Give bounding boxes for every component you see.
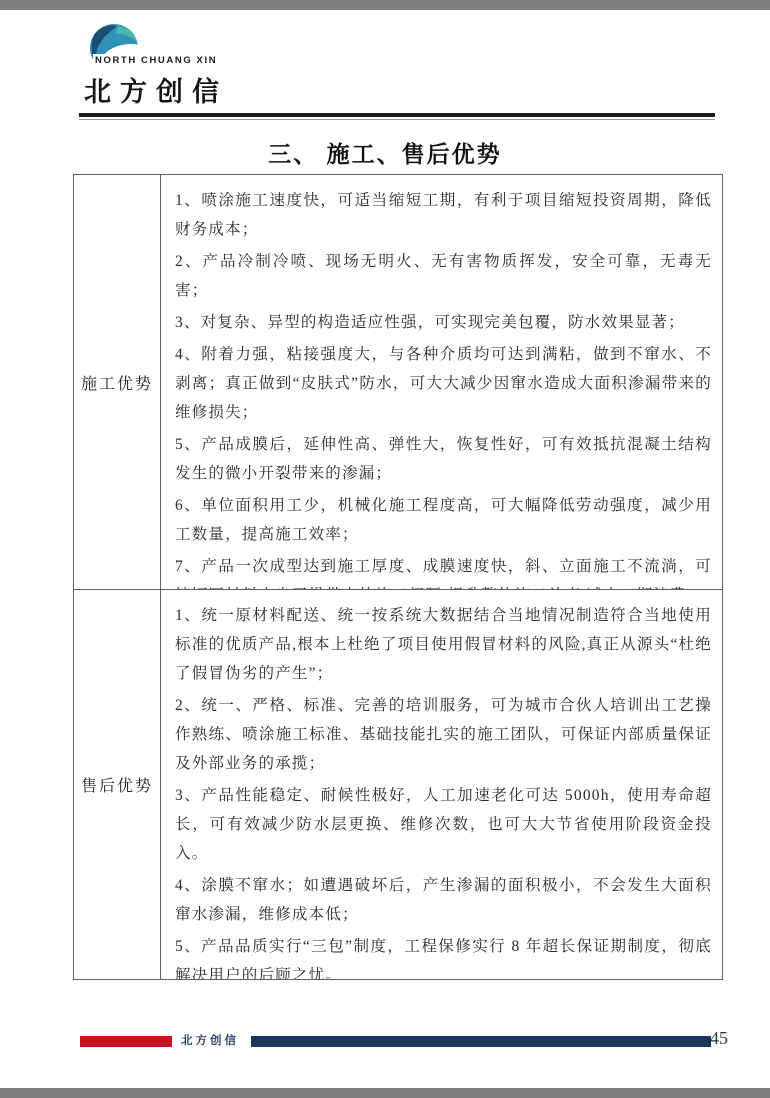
advantage-item: 1、统一原材料配送、统一按系统大数据结合当地情况制造符合当地使用标准的优质产品,… [175,601,712,688]
advantage-item: 4、附着力强，粘接强度大，与各种介质均可达到满粘，做到不窜水、不剥离；真正做到“… [175,340,712,427]
logo-chinese-text: 北方创信 [84,70,228,109]
advantage-item: 5、产品品质实行“三包”制度，工程保修实行 8 年超长保证期制度，彻底解决用户的… [175,932,712,979]
row-label: 售后优势 [74,590,161,979]
header-divider-thick [79,113,715,117]
row-label: 施工优势 [74,175,161,589]
advantage-item: 2、产品冷制冷喷、现场无明火、无有害物质挥发，安全可靠，无毒无害； [175,247,712,305]
row-content: 1、喷涂施工速度快，可适当缩短工期，有利于项目缩短投资周期，降低财务成本；2、产… [161,175,722,589]
footer-red-bar [80,1036,172,1047]
document-page-viewer: { "header": { "logo_en": "NORTH CHUANG X… [0,0,770,1098]
advantage-item: 2、统一、严格、标准、完善的培训服务，可为城市合伙人培训出工艺操作熟练、喷涂施工… [175,691,712,778]
page-title: 三、 施工、售后优势 [0,136,770,169]
advantage-item: 4、涂膜不窜水；如遭遇破坏后，产生渗漏的面积极小，不会发生大面积窜水渗漏，维修成… [175,871,712,929]
advantage-item: 1、喷涂施工速度快，可适当缩短工期，有利于项目缩短投资周期，降低财务成本； [175,186,712,244]
advantage-item: 7、产品一次成型达到施工厚度、成膜速度快，斜、立面施工不流淌，可缩短因材料本身干… [175,552,712,589]
header-divider-thin [79,119,715,120]
logo-english-text: NORTH CHUANG XIN [93,54,219,67]
advantages-table: 施工优势1、喷涂施工速度快，可适当缩短工期，有利于项目缩短投资周期，降低财务成本… [73,174,723,980]
header: NORTH CHUANG XIN 北方创信 [79,14,719,114]
advantage-item: 6、单位面积用工少，机械化施工程度高，可大幅降低劳动强度，减少用工数量，提高施工… [175,491,712,549]
table-row: 售后优势1、统一原材料配送、统一按系统大数据结合当地情况制造符合当地使用标准的优… [74,590,722,979]
advantage-item: 3、产品性能稳定、耐候性极好，人工加速老化可达 5000h，使用寿命超长，可有效… [175,781,712,868]
page-number: 45 [710,1028,744,1049]
document-page: NORTH CHUANG XIN 北方创信 三、 施工、售后优势 施工优势1、喷… [0,10,770,1088]
row-content: 1、统一原材料配送、统一按系统大数据结合当地情况制造符合当地使用标准的优质产品,… [161,590,722,979]
advantage-item: 5、产品成膜后，延伸性高、弹性大，恢复性好，可有效抵抗混凝土结构发生的微小开裂带… [175,430,712,488]
footer-navy-bar [251,1036,711,1047]
table-row: 施工优势1、喷涂施工速度快，可适当缩短工期，有利于项目缩短投资周期，降低财务成本… [74,175,722,590]
advantage-item: 3、对复杂、异型的构造适应性强，可实现完美包覆，防水效果显著； [175,308,712,337]
footer-brand-text: 北方创信 [181,1032,239,1048]
